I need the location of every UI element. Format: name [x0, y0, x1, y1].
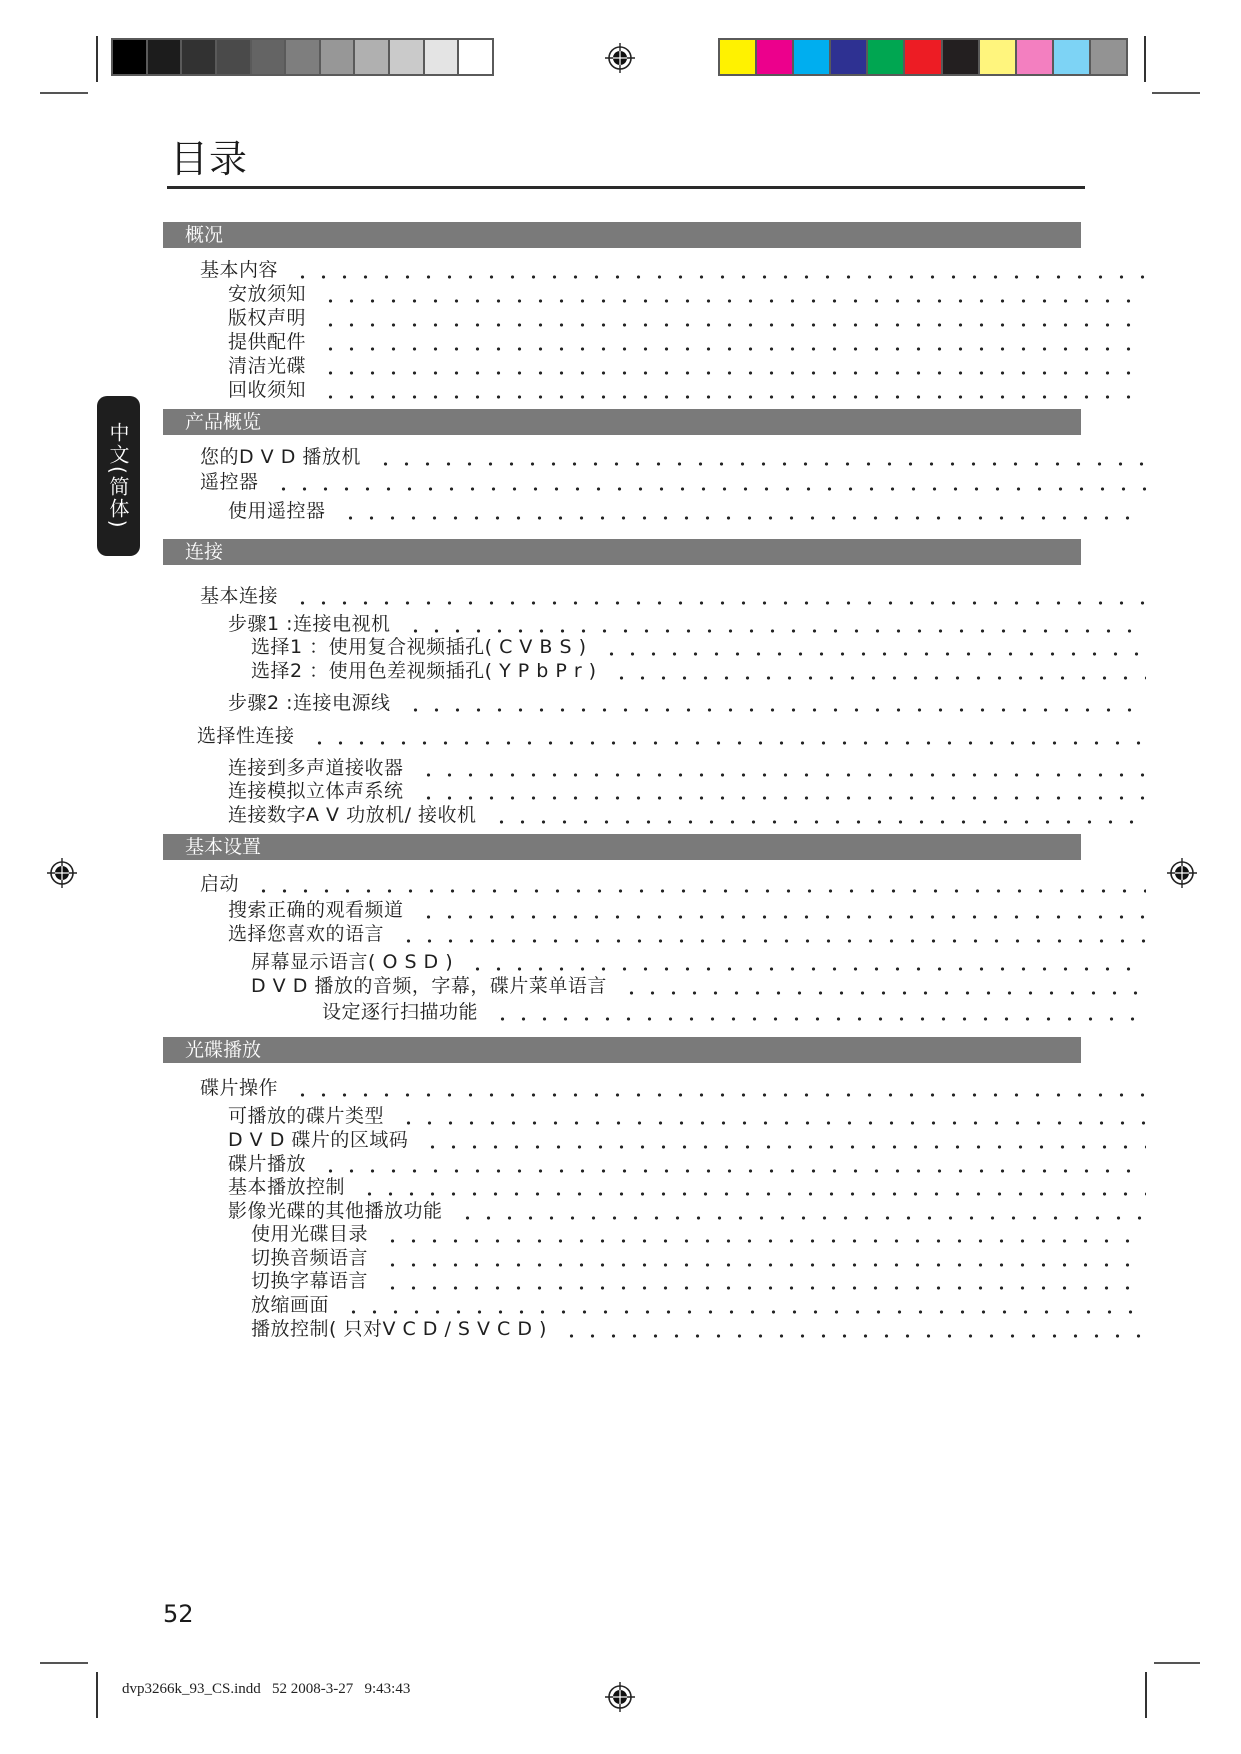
crop-mark-bottom-right-h: [1154, 1662, 1200, 1664]
dot-leader: [422, 1126, 1146, 1150]
toc-entry-label: 版权声明: [228, 303, 320, 330]
toc-entry-label: 您的D V D 播放机: [200, 442, 375, 469]
dot-leader: [375, 443, 1146, 467]
toc-entry[interactable]: 清洁光碟: [228, 352, 1146, 376]
color-swatch: [794, 40, 829, 74]
color-swatch: [286, 40, 319, 74]
dot-leader: [343, 1291, 1146, 1315]
color-swatch: [321, 40, 354, 74]
dot-leader: [398, 920, 1146, 944]
dot-leader: [309, 722, 1146, 746]
toc-entry[interactable]: 搜索正确的观看频道: [228, 896, 1146, 920]
color-swatch: [355, 40, 388, 74]
crop-mark-top-right-h: [1152, 92, 1200, 94]
process-color-bar: [718, 38, 1128, 76]
dot-leader: [491, 801, 1146, 825]
dot-leader: [601, 633, 1146, 657]
toc-entry-label: 清洁光碟: [228, 351, 320, 378]
page-title: 目录: [170, 128, 248, 183]
color-swatch: [252, 40, 285, 74]
dot-leader: [253, 870, 1146, 894]
toc-entry-label: 设定逐行扫描功能: [322, 997, 492, 1024]
toc-entry[interactable]: 基本连接: [200, 582, 1146, 606]
dot-leader: [611, 657, 1146, 681]
print-slug: dvp3266k_93_CS.indd 52 2008-3-27 9:43:43: [122, 1681, 410, 1698]
toc-entry-label: 屏幕显示语言( O S D ): [251, 947, 467, 974]
toc-entry-label: 切换字幕语言: [251, 1266, 382, 1293]
color-swatch: [868, 40, 903, 74]
toc-entry-label: 选择性连接: [197, 721, 309, 748]
toc-entry-label: 回收须知: [228, 375, 320, 402]
toc-entry-label: 基本连接: [200, 581, 292, 608]
dot-leader: [418, 777, 1146, 801]
toc-entry[interactable]: 选择性连接: [197, 722, 1146, 746]
color-swatch: [1091, 40, 1126, 74]
toc-entry[interactable]: 基本播放控制: [228, 1173, 1146, 1197]
registration-mark-icon: [604, 1681, 636, 1713]
color-swatch: [459, 40, 492, 74]
toc-entry-label: 安放须知: [228, 279, 320, 306]
section-header-connection: 连接: [163, 539, 1081, 565]
toc-entry-label: 遥控器: [200, 467, 273, 494]
toc-entry-label: 连接模拟立体声系统: [228, 776, 418, 803]
toc-entry[interactable]: 启动: [200, 870, 1146, 894]
toc-entry[interactable]: 步骤1 :连接电视机: [228, 610, 1146, 634]
registration-mark-icon: [604, 42, 636, 74]
dot-leader: [418, 896, 1146, 920]
color-swatch: [148, 40, 181, 74]
dot-leader: [561, 1315, 1146, 1339]
section-header-product-overview: 产品概览: [163, 409, 1081, 435]
toc-entry-label: 搜索正确的观看频道: [228, 895, 418, 922]
toc-entry-label: D V D 播放的音频，字幕，碟片菜单语言: [251, 971, 621, 998]
toc-entry-label: 播放控制( 只对V C D / S V C D ): [251, 1314, 561, 1341]
dot-leader: [382, 1244, 1146, 1268]
dot-leader: [320, 304, 1146, 328]
toc-entry[interactable]: 切换音频语言: [251, 1244, 1146, 1268]
color-swatch: [182, 40, 215, 74]
dot-leader: [359, 1173, 1146, 1197]
toc-entry[interactable]: 您的D V D 播放机: [200, 443, 1146, 467]
dot-leader: [467, 948, 1146, 972]
toc-entry[interactable]: 设定逐行扫描功能: [322, 998, 1146, 1022]
language-tab: 中文(简体): [97, 396, 140, 556]
toc-entry-label: 基本播放控制: [228, 1172, 359, 1199]
toc-entry[interactable]: 放缩画面: [251, 1291, 1146, 1315]
toc-entry[interactable]: 可播放的碟片类型: [228, 1102, 1146, 1126]
dot-leader: [340, 497, 1146, 521]
toc-entry[interactable]: 版权声明: [228, 304, 1146, 328]
toc-entry[interactable]: 连接数字A V 功放机/ 接收机: [228, 801, 1146, 825]
crop-mark-bottom-right: [1145, 1672, 1147, 1718]
dot-leader: [398, 1102, 1146, 1126]
dot-leader: [418, 754, 1146, 778]
toc-entry-label: 基本内容: [200, 255, 292, 282]
toc-entry-label: 启动: [200, 869, 253, 896]
dot-leader: [382, 1220, 1146, 1244]
page-number: 52: [163, 1600, 194, 1628]
toc-entry[interactable]: 连接到多声道接收器: [228, 754, 1146, 778]
color-swatch: [1017, 40, 1052, 74]
color-swatch: [390, 40, 423, 74]
grayscale-color-bar: [111, 38, 494, 76]
toc-entry-label: 选择您喜欢的语言: [228, 919, 398, 946]
registration-mark-icon: [46, 857, 78, 889]
toc-entry[interactable]: 屏幕显示语言( O S D ): [251, 948, 1146, 972]
color-swatch: [720, 40, 755, 74]
toc-entry[interactable]: 步骤2 :连接电源线: [228, 689, 1146, 713]
color-swatch: [757, 40, 792, 74]
color-swatch: [980, 40, 1015, 74]
crop-mark-bottom-left: [96, 1672, 98, 1718]
toc-entry[interactable]: 选择1 ：使用复合视频插孔( C V B S ): [251, 633, 1146, 657]
toc-entry[interactable]: D V D 播放的音频，字幕，碟片菜单语言: [251, 972, 1146, 996]
dot-leader: [457, 1197, 1146, 1221]
color-swatch: [905, 40, 940, 74]
toc-entry[interactable]: 播放控制( 只对V C D / S V C D ): [251, 1315, 1146, 1339]
toc-entry-label: 连接数字A V 功放机/ 接收机: [228, 800, 491, 827]
toc-entry[interactable]: 碟片操作: [200, 1074, 1146, 1098]
crop-mark-top-left-h: [40, 92, 88, 94]
crop-mark-top-left: [96, 36, 98, 82]
color-swatch: [217, 40, 250, 74]
dot-leader: [273, 468, 1146, 492]
color-swatch: [831, 40, 866, 74]
toc-entry-label: 使用遥控器: [228, 496, 340, 523]
dot-leader: [621, 972, 1146, 996]
registration-mark-icon: [1166, 857, 1198, 889]
toc-entry[interactable]: D V D 碟片的区域码: [228, 1126, 1146, 1150]
toc-entry[interactable]: 影像光碟的其他播放功能: [228, 1197, 1146, 1221]
section-header-basic-setup: 基本设置: [163, 834, 1081, 860]
toc-entry-label: D V D 碟片的区域码: [228, 1125, 422, 1152]
dot-leader: [405, 689, 1146, 713]
dot-leader: [292, 582, 1146, 606]
dot-leader: [320, 352, 1146, 376]
toc-entry[interactable]: 回收须知: [228, 376, 1146, 400]
toc-entry[interactable]: 安放须知: [228, 280, 1146, 304]
toc-entry-label: 使用光碟目录: [251, 1219, 382, 1246]
dot-leader: [405, 610, 1146, 634]
toc-entry[interactable]: 基本内容: [200, 256, 1146, 280]
dot-leader: [292, 256, 1146, 280]
language-tab-label: 中文(简体): [104, 422, 133, 530]
crop-mark-bottom-left-h: [40, 1662, 88, 1664]
color-swatch: [425, 40, 458, 74]
toc-entry-label: 提供配件: [228, 327, 320, 354]
dot-leader: [320, 280, 1146, 304]
crop-mark-top-right: [1144, 36, 1146, 82]
toc-entry[interactable]: 碟片播放: [228, 1150, 1146, 1174]
toc-entry[interactable]: 切换字幕语言: [251, 1267, 1146, 1291]
dot-leader: [320, 328, 1146, 352]
dot-leader: [320, 376, 1146, 400]
toc-entry[interactable]: 遥控器: [200, 468, 1146, 492]
dot-leader: [382, 1267, 1146, 1291]
toc-entry[interactable]: 选择2 ：使用色差视频插孔( Y P b P r ): [251, 657, 1146, 681]
dot-leader: [492, 998, 1146, 1022]
toc-entry-label: 选择1 ：使用复合视频插孔( C V B S ): [251, 632, 601, 659]
toc-entry-label: 步骤2 :连接电源线: [228, 688, 405, 715]
color-swatch: [1054, 40, 1089, 74]
dot-leader: [320, 1150, 1146, 1174]
toc-entry[interactable]: 提供配件: [228, 328, 1146, 352]
dot-leader: [292, 1074, 1146, 1098]
toc-entry[interactable]: 选择您喜欢的语言: [228, 920, 1146, 944]
section-header-overview: 概况: [163, 222, 1081, 248]
toc-entry-label: 可播放的碟片类型: [228, 1101, 398, 1128]
section-header-disc-playback: 光碟播放: [163, 1037, 1081, 1063]
toc-entry[interactable]: 使用遥控器: [228, 497, 1146, 521]
toc-entry[interactable]: 连接模拟立体声系统: [228, 777, 1146, 801]
toc-entry[interactable]: 使用光碟目录: [251, 1220, 1146, 1244]
toc-entry-label: 放缩画面: [251, 1290, 343, 1317]
toc-entry-label: 碟片操作: [200, 1073, 292, 1100]
color-swatch: [113, 40, 146, 74]
title-rule: [167, 186, 1085, 189]
toc-entry-label: 选择2 ：使用色差视频插孔( Y P b P r ): [251, 656, 611, 683]
color-swatch: [943, 40, 978, 74]
